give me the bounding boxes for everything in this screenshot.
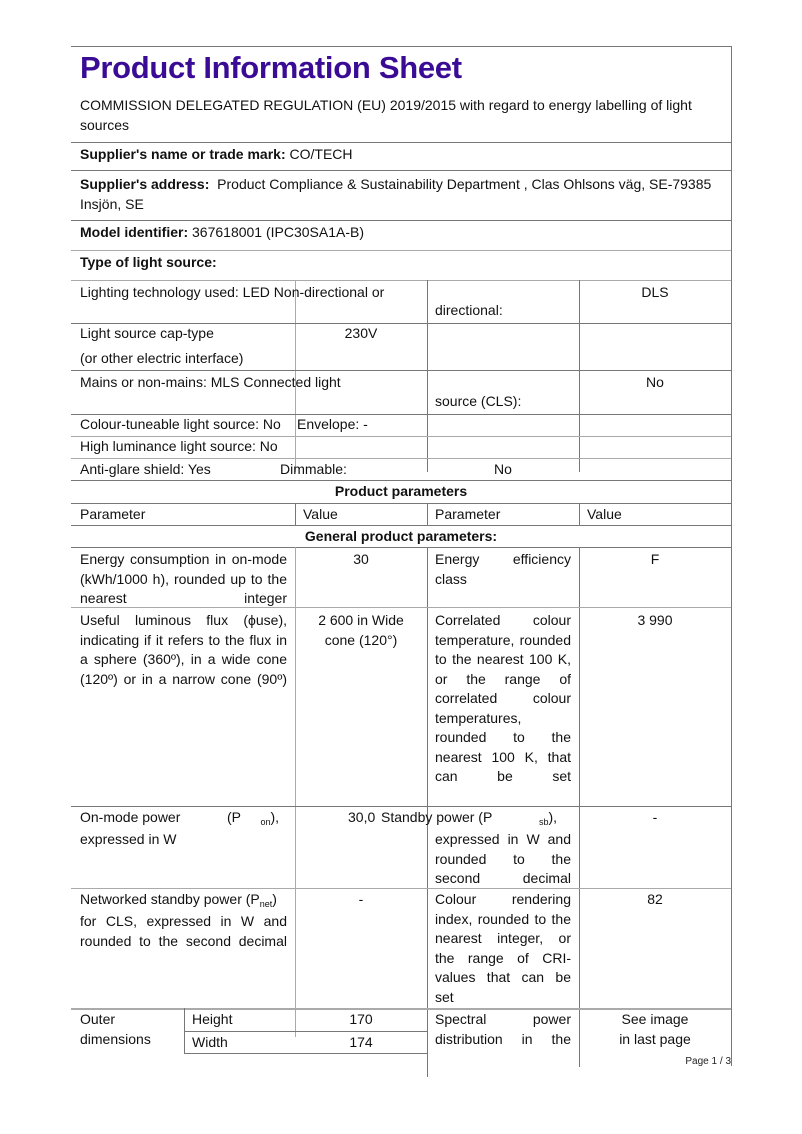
divider xyxy=(184,1031,427,1032)
supplier-address-label: Supplier's address: xyxy=(80,176,209,192)
colour-rendering-value: 82 xyxy=(579,890,731,910)
lighting-technology-label: Lighting technology used: LED Non-direct… xyxy=(80,283,384,303)
dimmable-label: Dimmable: xyxy=(280,460,347,480)
supplier-address-row: Supplier's address: Product Compliance &… xyxy=(80,175,711,195)
net-subscript: net xyxy=(260,899,273,909)
on-mode-power-unit: expressed in W xyxy=(80,830,176,850)
outer-dimensions-label: Outer xyxy=(80,1010,115,1030)
networked-standby-unit: for CLS, expressed in W and rounded to t… xyxy=(80,912,287,951)
height-value: 170 xyxy=(295,1010,427,1030)
divider xyxy=(71,458,731,459)
colour-tuneable-label: Colour-tuneable light source: No xyxy=(80,415,281,435)
supplier-name-row: Supplier's name or trade mark: CO/TECH xyxy=(80,145,353,165)
divider xyxy=(579,503,580,525)
energy-class-value: F xyxy=(579,550,731,570)
divider xyxy=(71,142,731,143)
on-mode-power-label: On-mode power (P on), xyxy=(80,808,295,828)
page-label: Page xyxy=(685,1056,708,1067)
divider xyxy=(71,888,731,889)
anti-glare-label: Anti-glare shield: Yes xyxy=(80,460,211,480)
spectral-power-label: Spectral power xyxy=(435,1010,571,1030)
divider xyxy=(71,607,731,608)
cls-label: source (CLS): xyxy=(435,392,521,412)
cap-type-value: 230V xyxy=(295,324,427,344)
header-parameter-1: Parameter xyxy=(80,505,145,525)
luminous-flux-label: Useful luminous flux (ϕuse), indicating … xyxy=(80,611,287,689)
divider xyxy=(71,170,731,171)
model-row: Model identifier: 367618001 (IPC30SA1A-B… xyxy=(80,223,364,243)
page-current: 1 xyxy=(712,1056,718,1067)
regulation-text-cont: sources xyxy=(80,116,129,136)
on-mode-power-value: 30,0 xyxy=(348,808,375,828)
envelope-label: Envelope: - xyxy=(297,415,368,435)
height-label: Height xyxy=(192,1010,232,1030)
net-text: Networked standby power (P xyxy=(80,891,260,907)
cap-type-label-cont: (or other electric interface) xyxy=(80,349,243,369)
divider xyxy=(427,280,428,472)
energy-class-label: Energy efficiency class xyxy=(435,550,571,589)
net-close: ) xyxy=(272,891,277,907)
divider xyxy=(71,525,731,526)
supplier-address-cont: Insjön, SE xyxy=(80,195,144,215)
sb-subscript: sb xyxy=(539,817,549,827)
networked-standby-label: Networked standby power (Pnet) xyxy=(80,890,277,915)
divider xyxy=(295,547,296,1037)
model-identifier: 367618001 (IPC30SA1A-B) xyxy=(192,224,364,240)
spectral-power-value: See image xyxy=(579,1010,731,1030)
supplier-name-label: Supplier's name or trade mark: xyxy=(80,146,286,162)
sb-close: ), xyxy=(549,809,558,825)
divider xyxy=(295,503,296,525)
divider xyxy=(71,220,731,221)
high-luminance-label: High luminance light source: No xyxy=(80,437,278,457)
supplier-name: CO/TECH xyxy=(290,146,353,162)
regulation-text: COMMISSION DELEGATED REGULATION (EU) 201… xyxy=(80,96,692,116)
on-mode-power-text: On-mode power xyxy=(80,809,180,825)
divider xyxy=(71,480,731,481)
luminous-flux-value: 2 600 in Wide cone (120°) xyxy=(305,611,417,650)
divider xyxy=(427,503,428,525)
page-separator: / xyxy=(720,1056,723,1067)
p-symbol: (P xyxy=(227,809,241,825)
p-subscript: on xyxy=(260,817,270,827)
spectral-power-value-cont: in last page xyxy=(579,1030,731,1050)
product-parameters-title: Product parameters xyxy=(71,482,731,502)
energy-consumption-label: Energy consumption in on-mode (kWh/1000 … xyxy=(80,550,287,609)
standby-power-value: - xyxy=(579,808,731,828)
p-close: ), xyxy=(270,809,279,825)
standby-power-unit: expressed in W and rounded to the second… xyxy=(435,830,571,889)
directional-label: directional: xyxy=(435,301,503,321)
divider xyxy=(71,547,731,548)
width-value: 174 xyxy=(295,1033,427,1053)
cap-type-label: Light source cap-type xyxy=(80,324,214,344)
directional-value: DLS xyxy=(579,283,731,303)
mains-label: Mains or non-mains: MLS Connected light xyxy=(80,373,341,393)
colour-temperature-label: Correlated colour temperature, rounded t… xyxy=(435,611,571,787)
page-indicator: Page 1 / 3 xyxy=(685,1056,731,1067)
divider xyxy=(71,806,731,807)
divider xyxy=(184,1053,427,1054)
divider xyxy=(71,503,731,504)
dimmable-value: No xyxy=(427,460,579,480)
model-label: Model identifier: xyxy=(80,224,188,240)
header-value-2: Value xyxy=(587,505,622,525)
networked-standby-value: - xyxy=(295,890,427,910)
divider xyxy=(731,46,732,1066)
colour-rendering-label: Colour rendering index, rounded to the n… xyxy=(435,890,571,1007)
cls-value: No xyxy=(579,373,731,393)
page-title: Product Information Sheet xyxy=(80,50,462,86)
header-value-1: Value xyxy=(303,505,338,525)
type-of-light-source-label: Type of light source: xyxy=(80,253,217,273)
colour-temperature-value: 3 990 xyxy=(579,611,731,631)
divider xyxy=(71,250,731,251)
divider xyxy=(71,280,731,281)
divider xyxy=(71,46,731,47)
type-label-text: Type of light source: xyxy=(80,254,217,270)
outer-dimensions-label-cont: dimensions xyxy=(80,1030,151,1050)
section-title-text: Product parameters xyxy=(335,483,467,499)
header-parameter-2: Parameter xyxy=(435,505,500,525)
general-title-text: General product parameters: xyxy=(305,528,497,544)
energy-consumption-value: 30 xyxy=(295,550,427,570)
on-mode-power-symbol: (P on), xyxy=(227,808,279,833)
width-label: Width xyxy=(192,1033,228,1053)
standby-power-label: Standby power (P sb), xyxy=(381,808,557,833)
supplier-address: Product Compliance & Sustainability Depa… xyxy=(217,176,711,192)
page-total: 3 xyxy=(725,1056,731,1067)
general-parameters-title: General product parameters: xyxy=(71,527,731,547)
divider xyxy=(71,370,731,371)
standby-text: Standby power (P xyxy=(381,809,492,825)
spectral-power-label-cont: distribution in the xyxy=(435,1030,571,1050)
